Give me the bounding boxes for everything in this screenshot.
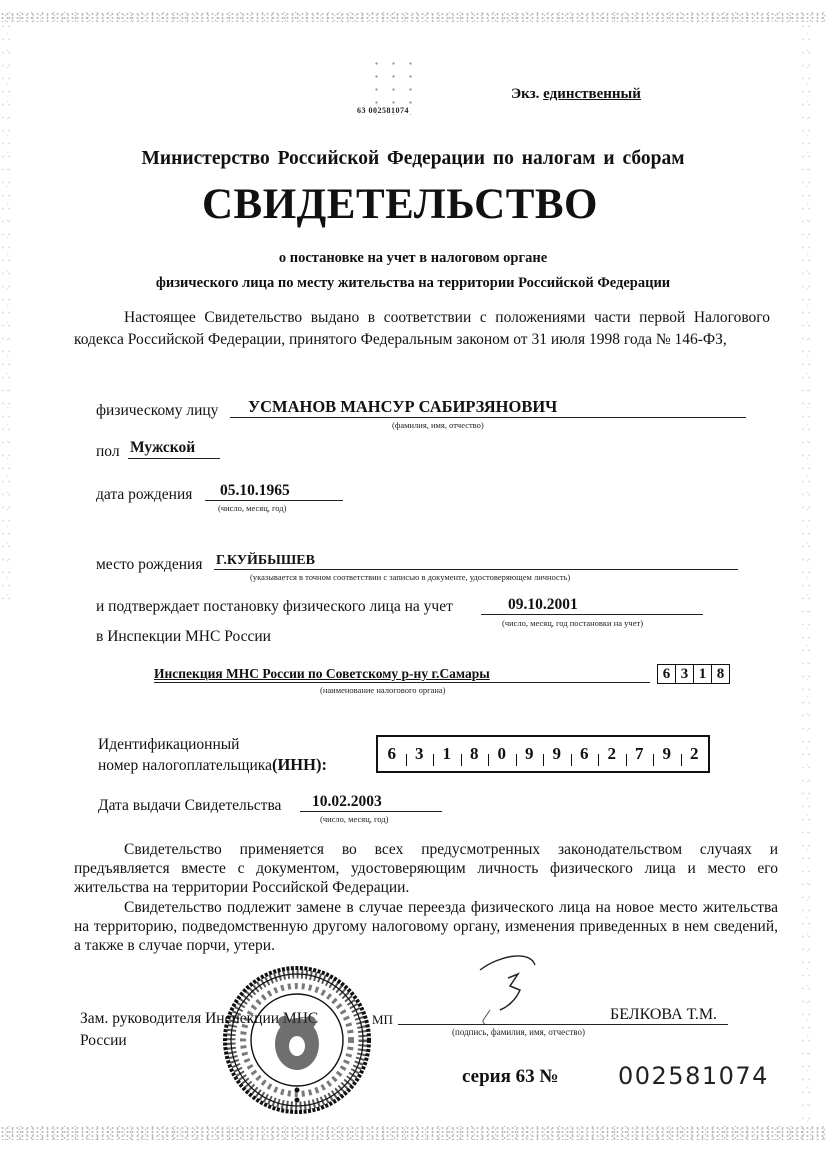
person-label: физическому лицу [96,402,218,420]
scan-border-left [0,20,14,600]
issue-date-value: 10.02.2003 [312,793,382,811]
note-paragraph-1: Свидетельство применяется во всех предус… [74,840,778,897]
signer-position-line-2: России [80,1032,127,1050]
sex-value: Мужской [130,439,195,457]
inspection-code-digit: 6 [658,665,675,683]
inspection-code-digit: 3 [675,665,693,683]
ministry-name: Министерство Российской Федерации по нал… [0,148,826,170]
official-seal-icon [216,962,378,1114]
sex-underline [128,458,220,459]
birth-date-hint: (число, месяц, год) [218,503,286,513]
inn-digit: 3 [406,744,434,764]
inn-label-line-2: номер налогоплательщика(ИНН): [98,755,327,775]
inspection-code-digit: 8 [711,665,729,683]
subtitle-1: о постановке на учет в налоговом органе [0,250,826,267]
inn-label-line-1: Идентификационный [98,736,239,754]
issue-date-label: Дата выдачи Свидетельства [98,797,281,815]
person-hint: (фамилия, имя, отчество) [392,420,484,430]
birth-place-value: Г.КУЙБЫШЕВ [216,553,315,569]
copy-value: единственный [543,86,641,102]
birth-date-underline [205,500,343,501]
birth-place-label: место рождения [96,556,202,574]
intro-paragraph: Настоящее Свидетельство выдано в соответ… [74,307,770,351]
inn-abbr: (ИНН): [272,755,327,774]
inn-digit: 2 [598,744,626,764]
perforated-serial: 63 002581074 [357,106,409,115]
inn-digit: 6 [571,744,599,764]
document-title: СВИДЕТЕЛЬСТВО [0,180,800,229]
scan-border-bottom [0,1126,826,1140]
inspection-code-digit: 1 [693,665,711,683]
registration-date-value: 09.10.2001 [508,596,578,614]
inn-digit: 6 [378,744,406,764]
inn-digit: 9 [653,744,681,764]
inspection-name: Инспекция МНС России по Советскому р-ну … [154,666,490,682]
birth-place-hint: (указывается в точном соответствии с зап… [250,572,570,582]
series-label: серия 63 № [462,1066,558,1088]
inn-digit: 9 [543,744,571,764]
signer-name: БЕЛКОВА Т.М. [610,1006,717,1024]
person-value: УСМАНОВ МАНСУР САБИРЗЯНОВИЧ [248,397,557,417]
inn-digit: 8 [461,744,489,764]
copy-label: Экз. единственный [511,86,641,103]
registration-hint: (число, месяц, год постановки на учет) [502,618,643,628]
sex-label: пол [96,443,120,461]
registration-label: и подтверждает постановку физического ли… [96,598,453,616]
inspection-hint: (наименование налогового органа) [320,685,446,695]
person-underline [230,417,746,418]
inn-digit: 0 [488,744,516,764]
issue-date-hint: (число, месяц, год) [320,814,388,824]
registration-underline [481,614,703,615]
scan-border-top [0,12,826,22]
inn-digit: 2 [681,744,709,764]
inn-digit: 9 [516,744,544,764]
scan-border-right [800,20,814,1130]
note-paragraph-2: Свидетельство подлежит замене в случае п… [74,898,778,955]
handwritten-signature-icon [460,950,550,1030]
subtitle-2: физического лица по месту жительства на … [0,275,826,292]
inn-box: 6 3 1 8 0 9 9 6 2 7 9 2 [376,735,710,773]
inn-digit: 7 [626,744,654,764]
serial-number: 002581074 [618,1062,769,1090]
birth-date-label: дата рождения [96,486,192,504]
birth-place-underline [214,569,738,570]
birth-date-value: 05.10.1965 [220,482,290,500]
inn-digit: 1 [433,744,461,764]
inspection-code-box: 6 3 1 8 [657,664,730,684]
inspection-underline [154,682,650,683]
inspection-label: в Инспекции МНС России [96,628,271,646]
issue-date-underline [300,811,442,812]
signature-underline [398,1024,728,1025]
